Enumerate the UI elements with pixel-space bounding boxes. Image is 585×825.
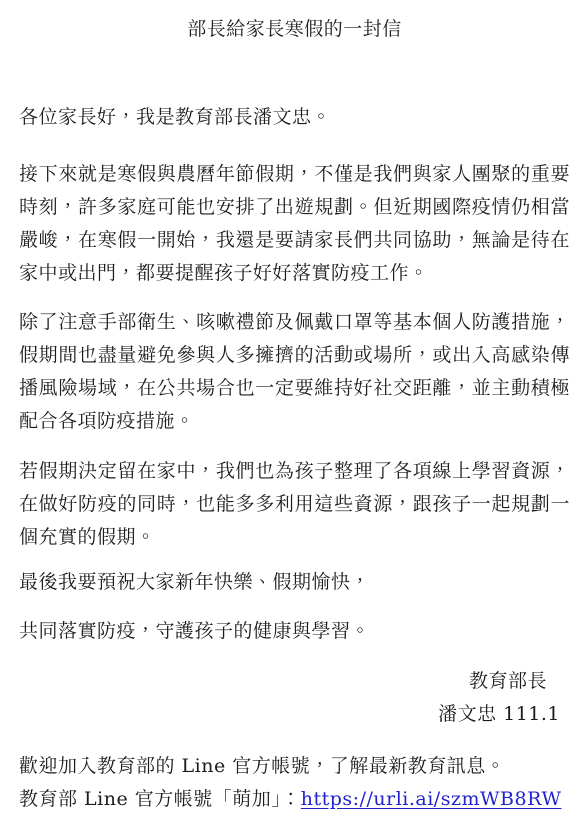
greeting-line: 各位家長好，我是教育部長潘文忠。	[19, 101, 570, 134]
closing-wish-line: 最後我要預祝大家新年快樂、假期愉快，	[19, 566, 570, 599]
signature-title: 教育部長	[19, 665, 570, 698]
footer-line-account: 教育部 Line 官方帳號「萌加」：https://urli.ai/szmWB8…	[19, 783, 570, 816]
closing-protect-line: 共同落實防疫，守護孩子的健康與學習。	[19, 615, 570, 648]
paragraph-online-resources: 若假期決定留在家中，我們也為孩子整理了各項線上學習資源，在做好防疫的同時，也能多…	[19, 455, 570, 554]
minister-letter-document: 部長給家長寒假的一封信 各位家長好，我是教育部長潘文忠。 接下來就是寒假與農曆年…	[0, 0, 585, 825]
signature-name-date: 潘文忠 111.1	[19, 698, 570, 731]
line-official-account-link[interactable]: https://urli.ai/szmWB8RW	[301, 788, 562, 810]
signature-block: 教育部長 潘文忠 111.1	[19, 665, 570, 731]
footer-account-label: 教育部 Line 官方帳號「萌加」：	[19, 788, 301, 810]
letter-title: 部長給家長寒假的一封信	[19, 13, 570, 46]
paragraph-holiday-notice: 接下來就是寒假與農曆年節假期，不僅是我們與家人團聚的重要時刻，許多家庭可能也安排…	[19, 158, 570, 290]
footer-line-invite: 歡迎加入教育部的 Line 官方帳號，了解最新教育訊息。	[19, 750, 570, 783]
paragraph-protection-measures: 除了注意手部衛生、咳嗽禮節及佩戴口罩等基本個人防護措施，假期間也盡量避免參與人多…	[19, 306, 570, 438]
footer-block: 歡迎加入教育部的 Line 官方帳號，了解最新教育訊息。 教育部 Line 官方…	[19, 750, 570, 816]
